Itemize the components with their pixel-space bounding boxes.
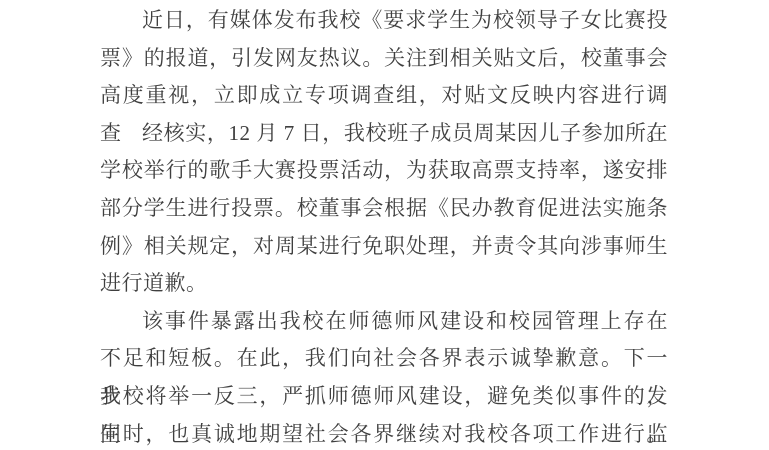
document-line: 近日，有媒体发布我校《要求学生为校领导子女比赛投 [100, 2, 668, 40]
document-line: 该事件暴露出我校在师德师风建设和校园管理上存在 [100, 303, 668, 341]
document-line: 同时，也真诚地期望社会各界继续对我校各项工作进行监督。 [100, 416, 668, 450]
document-line: 经核实，12 月 7 日，我校班子成员周某因儿子参加所在 [100, 115, 668, 153]
document-line: 高度重视，立即成立专项调查组，对贴文反映内容进行调查。 [100, 77, 668, 115]
document-page: 近日，有媒体发布我校《要求学生为校领导子女比赛投 票》的报道，引发网友热议。关注… [100, 2, 668, 450]
document-line: 学校举行的歌手大赛投票活动，为获取高票支持率，遂安排 [100, 152, 668, 190]
document-line: 不足和短板。在此，我们向社会各界表示诚挚歉意。下一步， [100, 340, 668, 378]
document-line: 进行道歉。 [100, 265, 668, 303]
document-line: 部分学生进行投票。校董事会根据《民办教育促进法实施条 [100, 190, 668, 228]
document-line: 票》的报道，引发网友热议。关注到相关贴文后，校董事会 [100, 40, 668, 78]
document-line: 例》相关规定，对周某进行免职处理，并责令其向涉事师生 [100, 228, 668, 266]
document-line: 我校将举一反三，严抓师德师风建设，避免类似事件的发生。 [100, 378, 668, 416]
